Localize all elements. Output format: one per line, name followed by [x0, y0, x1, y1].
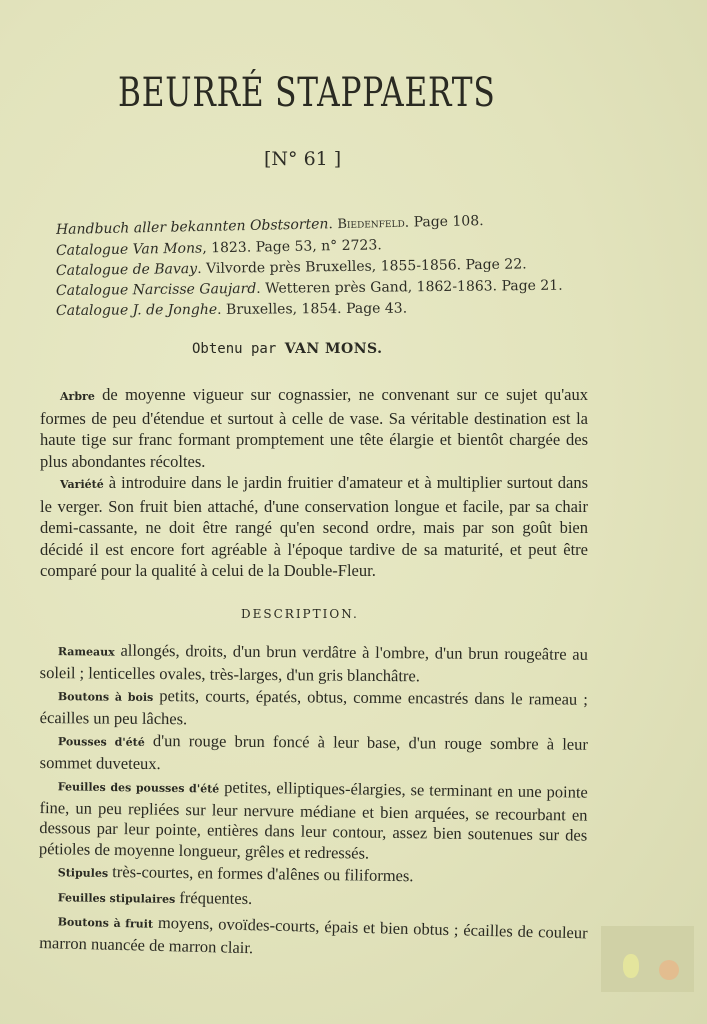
reference-work: Catalogue Van Mons — [56, 240, 203, 259]
origin-prefix: Obtenu par — [192, 341, 285, 357]
reference-work: Handbuch aller bekannten Obstsorten — [56, 216, 329, 238]
page-title: BEURRÉ STAPPAERTS — [118, 70, 422, 116]
paragraph-text: à introduire dans le jardin fruitier d'a… — [40, 473, 588, 580]
bibliography-references: Handbuch aller bekannten Obstsorten. Bie… — [56, 220, 576, 321]
description-section: Rameaux allongés, droits, d'un brun verd… — [40, 640, 588, 955]
item-text: très-courtes, en formes d'alênes ou fili… — [108, 862, 414, 885]
apple-icon — [659, 960, 679, 980]
item-text: allongés, droits, d'un brun verdâtre à l… — [40, 641, 588, 685]
intro-paragraph-arbre: Arbre de moyenne vigueur sur cognassier,… — [40, 384, 588, 472]
reference-details: . Bruxelles, 1854. Page 43. — [217, 301, 407, 318]
reference-details: . Page 108. — [405, 213, 484, 231]
item-lead: Stipules — [58, 866, 108, 880]
reference-work: Catalogue Narcisse Gaujard — [56, 281, 256, 299]
item-lead: Pousses d'été — [58, 735, 145, 749]
origin-name: VAN MONS. — [285, 341, 383, 357]
reference-work: Catalogue J. de Jonghe — [56, 302, 217, 319]
description-heading: DESCRIPTION. — [241, 607, 359, 621]
reference-line: Catalogue J. de Jonghe. Bruxelles, 1854.… — [56, 297, 576, 321]
item-lead: Boutons à fruit — [58, 915, 154, 930]
item-lead: Feuilles des pousses d'été — [58, 780, 220, 795]
book-page: BEURRÉ STAPPAERTS [N° 61 ] Handbuch alle… — [0, 0, 707, 1024]
pear-icon — [623, 954, 639, 978]
description-item-rameaux: Rameaux allongés, droits, d'un brun verd… — [40, 640, 588, 688]
description-item-pousses: Pousses d'été d'un rouge brun foncé à le… — [40, 730, 588, 778]
intro-paragraph-variete: Variété à introduire dans le jardin frui… — [40, 472, 588, 582]
fruit-thumbnail-icon — [601, 926, 694, 992]
origin-line: Obtenu par VAN MONS. — [192, 341, 383, 357]
paragraph-text: de moyenne vigueur sur cognassier, ne co… — [40, 385, 588, 471]
reference-details: , 1823. Page 53, n° 2723. — [202, 237, 382, 256]
item-lead: Feuilles stipulaires — [58, 891, 176, 906]
reference-author: Biedenfeld — [337, 216, 405, 232]
description-item-boutons-fruit: Boutons à fruit moyens, ovoïdes-courts, … — [39, 910, 588, 966]
description-item-boutons-bois: Boutons à bois petits, courts, épatés, o… — [40, 685, 588, 733]
item-text: fréquentes. — [175, 887, 252, 907]
item-lead: Boutons à bois — [58, 690, 153, 704]
item-lead: Rameaux — [58, 645, 115, 658]
reference-details: . Vilvorde près Bruxelles, 1855-1856. Pa… — [197, 256, 527, 277]
variety-number: [N° 61 ] — [264, 148, 341, 170]
reference-work: Catalogue de Bavay — [56, 261, 197, 279]
reference-details: . Wetteren près Gand, 1862-1863. Page 21… — [256, 278, 563, 297]
intro-section: Arbre de moyenne vigueur sur cognassier,… — [40, 384, 588, 582]
paragraph-lead: Arbre — [60, 390, 95, 403]
description-item-feuilles: Feuilles des pousses d'été petites, elli… — [39, 775, 588, 867]
paragraph-lead: Variété — [60, 478, 104, 491]
